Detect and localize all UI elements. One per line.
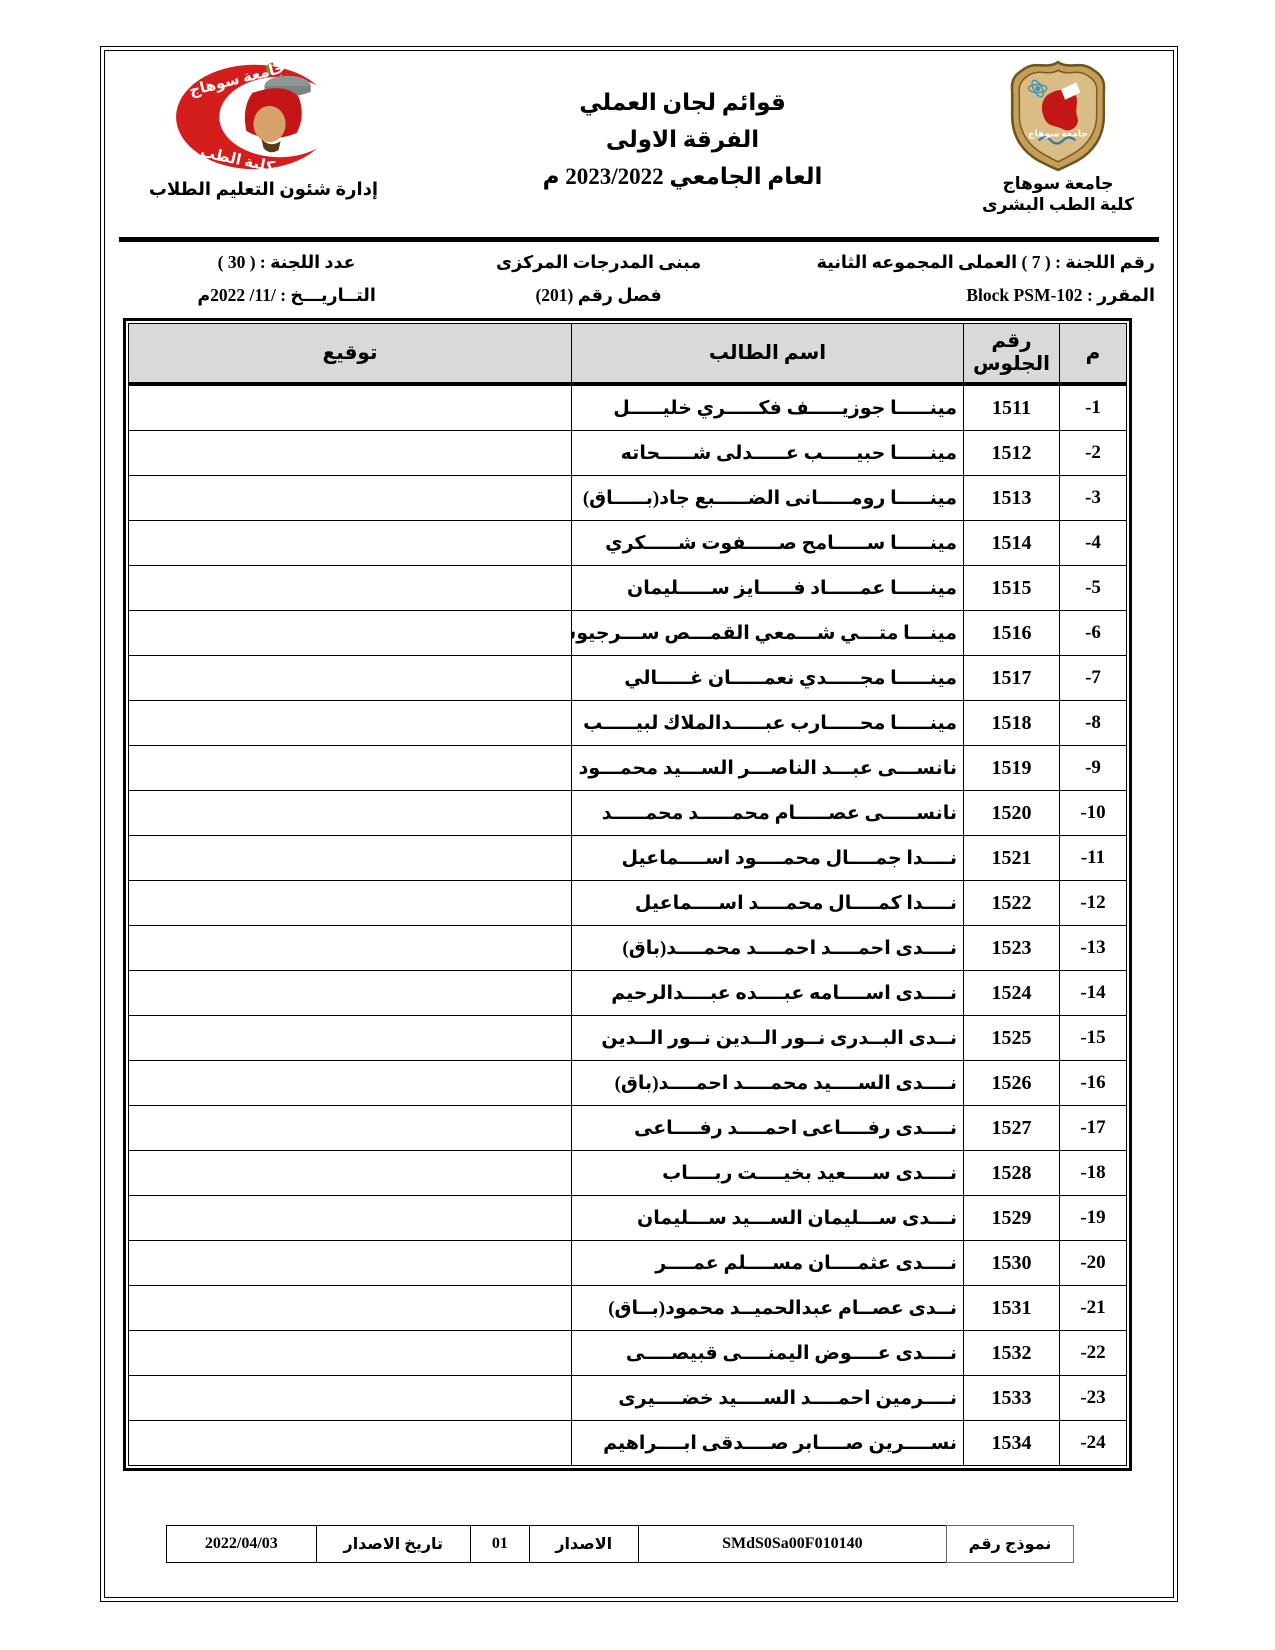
table-row: -14 1524 نــــدى اســــامه عبــــده عبــ… bbox=[129, 971, 1127, 1016]
document-title: قوائم لجان العملي الفرقة الاولى العام ال… bbox=[416, 59, 949, 195]
row-number: -13 bbox=[1060, 926, 1127, 971]
signature-cell bbox=[129, 1196, 572, 1241]
table-row: -4 1514 مينـــــا ســـــامح صـــــفوت شـ… bbox=[129, 521, 1127, 566]
signature-cell bbox=[129, 1241, 572, 1286]
row-number: -1 bbox=[1060, 384, 1127, 431]
student-name: نــــدا كمــــال محمــــد اســــماعيل bbox=[572, 881, 964, 926]
student-name: مينـــا متـــي شـــمعي القمـــص ســـرجيو… bbox=[572, 611, 964, 656]
student-name: نــــدى ســــعيد بخيــــت ربــــاب bbox=[572, 1151, 964, 1196]
student-name: نــــدى احمــــد احمــــد محمــــد(باق) bbox=[572, 926, 964, 971]
seat-number: 1522 bbox=[964, 881, 1060, 926]
form-number-value: SMdS0Sa00F010140 bbox=[638, 1526, 946, 1563]
student-name: نانســـــى عصـــــام محمـــــد محمـــــد bbox=[572, 791, 964, 836]
signature-cell bbox=[129, 746, 572, 791]
table-row: -23 1533 نــــرمين احمــــد الســــيد خض… bbox=[129, 1376, 1127, 1421]
building-name: مبنى المدرجات المركزى bbox=[458, 252, 739, 273]
seat-number: 1523 bbox=[964, 926, 1060, 971]
course-name: المقرر : Block PSM-102 bbox=[739, 285, 1155, 306]
row-number: -2 bbox=[1060, 431, 1127, 476]
table-row: -2 1512 مينـــــا حبيـــــب عـــــدلى شـ… bbox=[129, 431, 1127, 476]
student-name: مينـــــا عمـــــاد فـــــايز ســـــليما… bbox=[572, 566, 964, 611]
seat-number: 1525 bbox=[964, 1016, 1060, 1061]
student-name: نــــدى اســــامه عبــــده عبــــدالرحيم bbox=[572, 971, 964, 1016]
row-number: -15 bbox=[1060, 1016, 1127, 1061]
row-number: -16 bbox=[1060, 1061, 1127, 1106]
seat-number: 1534 bbox=[964, 1421, 1060, 1466]
exam-date: التــاريـــخ : /11/ 2022م bbox=[115, 285, 458, 306]
table-row: -15 1525 نــدى البــدرى نــور الــدين نـ… bbox=[129, 1016, 1127, 1061]
form-footer-table: نموذج رقم SMdS0Sa00F010140 الاصدار 01 تا… bbox=[166, 1525, 1074, 1563]
signature-cell bbox=[129, 1106, 572, 1151]
seat-number: 1515 bbox=[964, 566, 1060, 611]
table-row: -8 1518 مينـــــا محـــــارب عبـــــدالم… bbox=[129, 701, 1127, 746]
row-number: -20 bbox=[1060, 1241, 1127, 1286]
table-row: -3 1513 مينـــــا رومـــــانى الضـــــبع… bbox=[129, 476, 1127, 521]
student-name: مينـــــا مجـــــدي نعمـــــان غـــــالي bbox=[572, 656, 964, 701]
document-header: جامعة سوهاج جامعة سوهاج كلية الطب البشرى… bbox=[105, 51, 1173, 235]
seat-number: 1521 bbox=[964, 836, 1060, 881]
seat-number: 1513 bbox=[964, 476, 1060, 521]
seat-number: 1531 bbox=[964, 1286, 1060, 1331]
student-name: مينـــــا ســـــامح صـــــفوت شـــــكري bbox=[572, 521, 964, 566]
header-seat-number: رقم الجلوس bbox=[964, 324, 1060, 385]
committee-count: عدد اللجنة : ( 30 ) bbox=[115, 252, 458, 273]
student-name: نــدى البــدرى نــور الــدين نــور الــد… bbox=[572, 1016, 964, 1061]
document-page: { "logos": { "shield_ribbon": "جامعة سوه… bbox=[0, 0, 1275, 1650]
student-name: مينـــــا جوزيـــــف فكـــــري خليـــــل bbox=[572, 384, 964, 431]
faculty-crescent-logo: جامعة سوهاج كلية الطب bbox=[166, 59, 362, 179]
row-number: -19 bbox=[1060, 1196, 1127, 1241]
issue-value: 01 bbox=[470, 1526, 529, 1563]
table-row: -7 1517 مينـــــا مجـــــدي نعمـــــان غ… bbox=[129, 656, 1127, 701]
title-line-1: قوائم لجان العملي bbox=[416, 85, 949, 122]
row-number: -7 bbox=[1060, 656, 1127, 701]
seat-number: 1533 bbox=[964, 1376, 1060, 1421]
signature-cell bbox=[129, 1421, 572, 1466]
row-number: -22 bbox=[1060, 1331, 1127, 1376]
students-table-frame: م رقم الجلوس اسم الطالب توقيع -1 1511 مي… bbox=[123, 318, 1132, 1471]
exam-info-block: رقم اللجنة : ( 7 ) العملى المجموعه الثان… bbox=[105, 242, 1173, 306]
row-number: -14 bbox=[1060, 971, 1127, 1016]
header-signature: توقيع bbox=[129, 324, 572, 385]
university-shield-logo: جامعة سوهاج bbox=[1008, 59, 1108, 173]
table-row: -20 1530 نــــدى عثمــــان مســــلم عمــ… bbox=[129, 1241, 1127, 1286]
signature-cell bbox=[129, 1151, 572, 1196]
table-row: -16 1526 نــــدى الســــيد محمــــد احمـ… bbox=[129, 1061, 1127, 1106]
row-number: -17 bbox=[1060, 1106, 1127, 1151]
student-name: نــــدى عثمــــان مســــلم عمــــر bbox=[572, 1241, 964, 1286]
signature-cell bbox=[129, 1376, 572, 1421]
table-row: -21 1531 نــدى عصــام عبدالحميــد محمود(… bbox=[129, 1286, 1127, 1331]
table-row: -5 1515 مينـــــا عمـــــاد فـــــايز سـ… bbox=[129, 566, 1127, 611]
student-name: نـــدى ســـليمان الســـيد ســـليمان bbox=[572, 1196, 964, 1241]
row-number: -3 bbox=[1060, 476, 1127, 521]
row-number: -24 bbox=[1060, 1421, 1127, 1466]
issue-label: الاصدار bbox=[529, 1526, 638, 1563]
row-number: -8 bbox=[1060, 701, 1127, 746]
signature-cell bbox=[129, 611, 572, 656]
student-name: نــــدى رفــــاعى احمــــد رفــــاعى bbox=[572, 1106, 964, 1151]
signature-cell bbox=[129, 881, 572, 926]
student-name: نــــدى الســــيد محمــــد احمــــد(باق) bbox=[572, 1061, 964, 1106]
row-number: -10 bbox=[1060, 791, 1127, 836]
table-row: -1 1511 مينـــــا جوزيـــــف فكـــــري خ… bbox=[129, 384, 1127, 431]
seat-number: 1511 bbox=[964, 384, 1060, 431]
table-row: -17 1527 نــــدى رفــــاعى احمــــد رفــ… bbox=[129, 1106, 1127, 1151]
seat-number: 1528 bbox=[964, 1151, 1060, 1196]
signature-cell bbox=[129, 431, 572, 476]
shield-ribbon-text: جامعة سوهاج bbox=[1028, 128, 1088, 139]
seat-number: 1514 bbox=[964, 521, 1060, 566]
table-row: -6 1516 مينـــا متـــي شـــمعي القمـــص … bbox=[129, 611, 1127, 656]
form-number-label: نموذج رقم bbox=[947, 1526, 1074, 1563]
table-row: -9 1519 نانســـى عبـــد الناصـــر الســـ… bbox=[129, 746, 1127, 791]
signature-cell bbox=[129, 836, 572, 881]
row-number: -6 bbox=[1060, 611, 1127, 656]
seat-number: 1532 bbox=[964, 1331, 1060, 1376]
signature-cell bbox=[129, 384, 572, 431]
department-branding: جامعة سوهاج كلية الطب إدارة شئون التعليم… bbox=[111, 59, 416, 200]
student-name: نــــدا جمــــال محمــــود اســــماعيل bbox=[572, 836, 964, 881]
row-number: -18 bbox=[1060, 1151, 1127, 1196]
row-number: -11 bbox=[1060, 836, 1127, 881]
header-no: م bbox=[1060, 324, 1127, 385]
table-header-row: م رقم الجلوس اسم الطالب توقيع bbox=[129, 324, 1127, 385]
student-name: مينـــــا حبيـــــب عـــــدلى شـــــحاته bbox=[572, 431, 964, 476]
signature-cell bbox=[129, 791, 572, 836]
students-table: م رقم الجلوس اسم الطالب توقيع -1 1511 مي… bbox=[128, 323, 1127, 1466]
seat-number: 1519 bbox=[964, 746, 1060, 791]
room-number: فصل رقم (201) bbox=[458, 285, 739, 306]
student-name: نــــدى عــــوض اليمنــــى قبيصــــى bbox=[572, 1331, 964, 1376]
seat-number: 1524 bbox=[964, 971, 1060, 1016]
logo-face-shape bbox=[253, 106, 285, 142]
student-name: نــدى عصــام عبدالحميــد محمود(بــاق) bbox=[572, 1286, 964, 1331]
student-name: نســــرين صــــابر صــــدقى ابــــراهيم bbox=[572, 1421, 964, 1466]
seat-number: 1527 bbox=[964, 1106, 1060, 1151]
issue-date-value: 2022/04/03 bbox=[167, 1526, 317, 1563]
seat-number: 1529 bbox=[964, 1196, 1060, 1241]
signature-cell bbox=[129, 1016, 572, 1061]
committee-number: رقم اللجنة : ( 7 ) العملى المجموعه الثان… bbox=[739, 252, 1155, 273]
page-content: جامعة سوهاج جامعة سوهاج كلية الطب البشرى… bbox=[104, 50, 1174, 1598]
department-name: إدارة شئون التعليم الطلاب bbox=[111, 179, 416, 200]
row-number: -4 bbox=[1060, 521, 1127, 566]
title-line-3: العام الجامعي 2023/2022 م bbox=[416, 159, 949, 196]
issue-date-label: تاريخ الاصدار bbox=[316, 1526, 470, 1563]
table-row: -10 1520 نانســـــى عصـــــام محمـــــد … bbox=[129, 791, 1127, 836]
row-number: -23 bbox=[1060, 1376, 1127, 1421]
signature-cell bbox=[129, 656, 572, 701]
student-rows: -1 1511 مينـــــا جوزيـــــف فكـــــري خ… bbox=[129, 384, 1127, 1466]
table-row: -22 1532 نــــدى عــــوض اليمنــــى قبيص… bbox=[129, 1331, 1127, 1376]
row-number: -12 bbox=[1060, 881, 1127, 926]
signature-cell bbox=[129, 566, 572, 611]
seat-number: 1530 bbox=[964, 1241, 1060, 1286]
university-branding: جامعة سوهاج جامعة سوهاج كلية الطب البشرى bbox=[949, 59, 1167, 216]
signature-cell bbox=[129, 521, 572, 566]
signature-cell bbox=[129, 701, 572, 746]
title-line-2: الفرقة الاولى bbox=[416, 122, 949, 159]
seat-number: 1516 bbox=[964, 611, 1060, 656]
table-row: -11 1521 نــــدا جمــــال محمــــود اســ… bbox=[129, 836, 1127, 881]
seat-number: 1520 bbox=[964, 791, 1060, 836]
student-name: مينـــــا رومـــــانى الضـــــبع جاد(بــ… bbox=[572, 476, 964, 521]
table-row: -13 1523 نــــدى احمــــد احمــــد محمــ… bbox=[129, 926, 1127, 971]
seat-number: 1512 bbox=[964, 431, 1060, 476]
student-name: مينـــــا محـــــارب عبـــــدالملاك لبيـ… bbox=[572, 701, 964, 746]
signature-cell bbox=[129, 476, 572, 521]
form-footer-row: نموذج رقم SMdS0Sa00F010140 الاصدار 01 تا… bbox=[167, 1526, 1074, 1563]
table-row: -12 1522 نــــدا كمــــال محمــــد اســـ… bbox=[129, 881, 1127, 926]
row-number: -9 bbox=[1060, 746, 1127, 791]
page-border: جامعة سوهاج جامعة سوهاج كلية الطب البشرى… bbox=[100, 46, 1178, 1602]
seat-number: 1517 bbox=[964, 656, 1060, 701]
seat-number: 1518 bbox=[964, 701, 1060, 746]
faculty-name: كلية الطب البشرى bbox=[949, 194, 1167, 215]
signature-cell bbox=[129, 971, 572, 1016]
signature-cell bbox=[129, 1286, 572, 1331]
university-name: جامعة سوهاج bbox=[949, 173, 1167, 194]
form-footer: نموذج رقم SMdS0Sa00F010140 الاصدار 01 تا… bbox=[166, 1525, 1074, 1563]
signature-cell bbox=[129, 1331, 572, 1376]
row-number: -5 bbox=[1060, 566, 1127, 611]
table-row: -24 1534 نســــرين صــــابر صــــدقى ابـ… bbox=[129, 1421, 1127, 1466]
signature-cell bbox=[129, 1061, 572, 1106]
table-row: -18 1528 نــــدى ســــعيد بخيــــت ربـــ… bbox=[129, 1151, 1127, 1196]
table-row: -19 1529 نـــدى ســـليمان الســـيد ســـل… bbox=[129, 1196, 1127, 1241]
header-student-name: اسم الطالب bbox=[572, 324, 964, 385]
seat-number: 1526 bbox=[964, 1061, 1060, 1106]
student-name: نانســـى عبـــد الناصـــر الســـيد محمــ… bbox=[572, 746, 964, 791]
signature-cell bbox=[129, 926, 572, 971]
student-name: نــــرمين احمــــد الســــيد خضــــيرى bbox=[572, 1376, 964, 1421]
row-number: -21 bbox=[1060, 1286, 1127, 1331]
